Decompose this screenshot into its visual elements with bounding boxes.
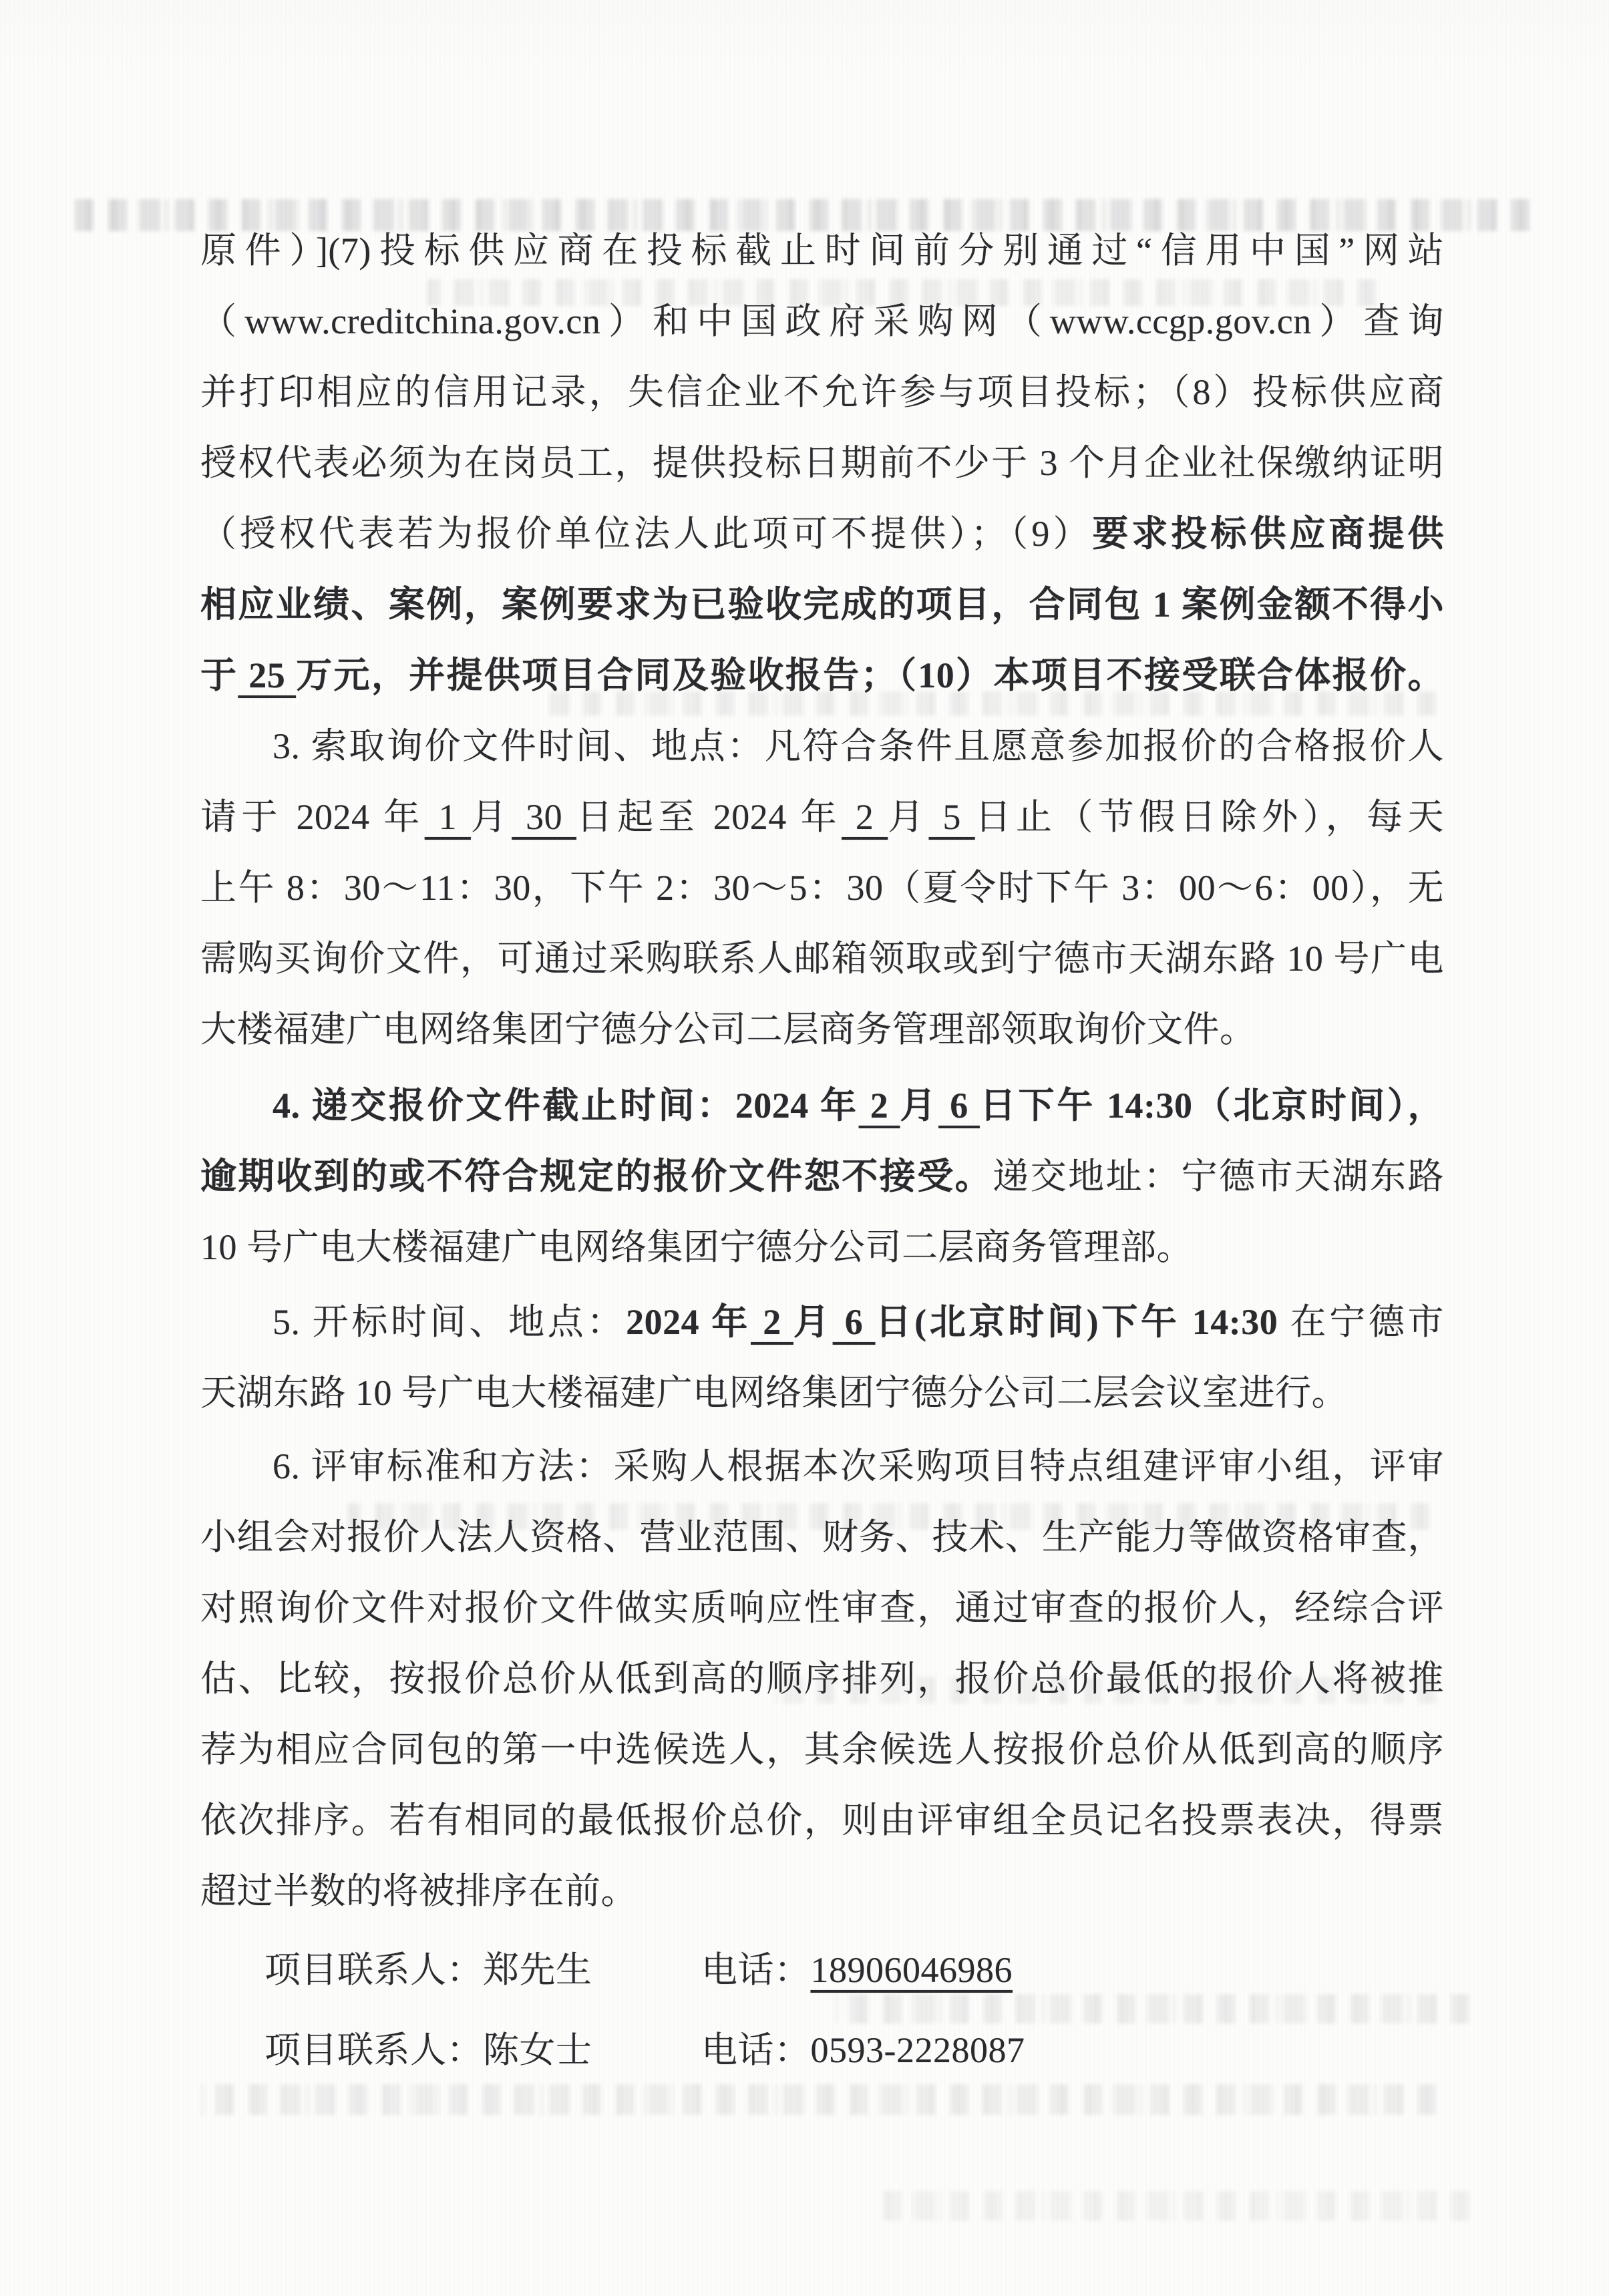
text-run: 1: [425, 797, 471, 837]
text-line-16: 5. 开标时间、地点：2024 年 2 月 6 日(北京时间)下午 14:30 …: [200, 1287, 1444, 1357]
text-run: 并打印相应的信用记录，失信企业不允许参与项目投标；（8）投标供应商: [200, 372, 1444, 412]
text-run: 6: [938, 1086, 980, 1126]
text-run: （www.creditchina.gov.cn）和中国政府采购网（www.ccg…: [200, 301, 1444, 341]
text-run: 25: [238, 655, 296, 695]
text-line-22: 荐为相应合同包的第一中选候选人，其余候选人按报价总价从低到高的顺序: [200, 1714, 1444, 1785]
text-run: 大楼福建广电网络集团宁德分公司二层商务管理部领取询价文件。: [200, 1009, 1256, 1049]
text-run: 上午 8：30～11：30，下午 2：30～5：30（夏令时下午 3：00～6：…: [200, 868, 1444, 908]
text-run: 2: [859, 1086, 900, 1126]
text-run: 需购买询价文件，可通过采购联系人邮箱领取或到宁德市天湖东路 10 号广电: [200, 939, 1444, 979]
text-run: 依次排序。若有相同的最低报价总价，则由评审组全员记名投票表决，得票: [200, 1800, 1444, 1840]
text-run: 5. 开标时间、地点：: [273, 1302, 626, 1342]
text-run: 日起至 2024 年: [576, 797, 842, 837]
text-run: 5: [929, 797, 975, 837]
text-run: 估、比较，按报价总价从低到高的顺序排列，报价总价最低的报价人将被推: [200, 1659, 1444, 1699]
text-line-3: 并打印相应的信用记录，失信企业不允许参与项目投标；（8）投标供应商: [200, 357, 1444, 428]
text-run: 电话：0593-2228087: [592, 2030, 1025, 2070]
text-line-17: 天湖东路 10 号广电大楼福建广电网络集团宁德分公司二层会议室进行。: [200, 1357, 1444, 1428]
text-run: 要求投标供应商提供: [1092, 514, 1444, 554]
text-line-21: 估、比较，按报价总价从低到高的顺序排列，报价总价最低的报价人将被推: [200, 1643, 1444, 1714]
bleedthrough-smudge: [200, 2084, 1436, 2115]
text-run: 6: [833, 1302, 876, 1342]
text-line-8: 3. 索取询价文件时间、地点：凡符合条件且愿意参加报价的合格报价人: [200, 711, 1444, 782]
text-run: 项目联系人：郑先生: [264, 1950, 592, 1990]
text-line-20: 对照询价文件对报价文件做实质响应性审查，通过审查的报价人，经综合评: [200, 1573, 1444, 1643]
bleedthrough-smudge: [868, 2191, 1469, 2221]
text-run: 天湖东路 10 号广电大楼福建广电网络集团宁德分公司二层会议室进行。: [200, 1373, 1348, 1413]
text-line-4: 授权代表必须为在岗员工，提供投标日期前不少于 3 个月企业社保缴纳证明: [200, 428, 1444, 498]
text-run: 超过半数的将被排序在前。: [200, 1871, 637, 1911]
text-line-6: 相应业绩、案例，案例要求为已验收完成的项目，合同包 1 案例金额不得小: [200, 569, 1444, 640]
text-run: 授权代表必须为在岗员工，提供投标日期前不少于 3 个月企业社保缴纳证明: [200, 443, 1444, 483]
text-run: 日下午 14:30（北京时间），: [980, 1086, 1444, 1126]
text-run: 荐为相应合同包的第一中选候选人，其余候选人按报价总价从低到高的顺序: [200, 1730, 1444, 1770]
text-line-1: 原件）](7)投标供应商在投标截止时间前分别通过“信用中国”网站: [200, 215, 1444, 286]
text-line-18: 6. 评审标准和方法：采购人根据本次采购项目特点组建评审小组，评审: [200, 1431, 1444, 1502]
text-run: 电话：: [592, 1950, 811, 1990]
text-run: 日止（节假日除外），每天: [975, 797, 1444, 837]
text-run: 于: [200, 655, 238, 695]
text-line-13: 4. 递交报价文件截止时间：2024 年 2 月 6 日下午 14:30（北京时…: [200, 1070, 1444, 1141]
text-line-15: 10 号广电大楼福建广电网络集团宁德分公司二层商务管理部。: [200, 1212, 1444, 1283]
text-run: 月: [900, 1086, 938, 1126]
text-line-24: 超过半数的将被排序在前。: [200, 1856, 1444, 1927]
text-run: 18906046986: [811, 1950, 1013, 1990]
text-run: 10 号广电大楼福建广电网络集团宁德分公司二层商务管理部。: [200, 1227, 1193, 1267]
text-run: 请于 2024 年: [200, 797, 425, 837]
text-run: 万元，并提供项目合同及验收报告；（10）本项目不接受联合体报价。: [296, 655, 1444, 695]
text-run: 项目联系人：陈女士: [264, 2030, 592, 2070]
text-run: 在宁德市: [1290, 1302, 1444, 1342]
text-line-12: 大楼福建广电网络集团宁德分公司二层商务管理部领取询价文件。: [200, 994, 1444, 1065]
text-run: 3. 索取询价文件时间、地点：凡符合条件且愿意参加报价的合格报价人: [273, 726, 1444, 766]
text-line-25: 项目联系人：郑先生 电话：18906046986: [200, 1935, 1444, 2005]
text-line-26: 项目联系人：陈女士 电话：0593-2228087: [200, 2015, 1444, 2086]
text-line-14: 逾期收到的或不符合规定的报价文件恕不接受。递交地址：宁德市天湖东路: [200, 1141, 1444, 1212]
text-line-19: 小组会对报价人法人资格、营业范围、财务、技术、生产能力等做资格审查，: [200, 1502, 1444, 1573]
text-line-11: 需购买询价文件，可通过采购联系人邮箱领取或到宁德市天湖东路 10 号广电: [200, 923, 1444, 994]
text-run: 月: [793, 1302, 833, 1342]
text-run: 对照询价文件对报价文件做实质响应性审查，通过审查的报价人，经综合评: [200, 1588, 1444, 1628]
text-line-5: （授权代表若为报价单位法人此项可不提供）；（9）要求投标供应商提供: [200, 498, 1444, 569]
text-line-9: 请于 2024 年 1 月 30 日起至 2024 年 2 月 5 日止（节假日…: [200, 782, 1444, 852]
text-run: 递交地址：宁德市天湖东路: [993, 1156, 1444, 1196]
document-text: 原件）](7)投标供应商在投标截止时间前分别通过“信用中国”网站（www.cre…: [200, 215, 1444, 2086]
text-run: 2024 年: [626, 1302, 751, 1342]
text-run: （授权代表若为报价单位法人此项可不提供）；（9）: [200, 514, 1092, 554]
text-run: 2: [842, 797, 888, 837]
text-run: 2: [751, 1302, 793, 1342]
text-run: 日(北京时间)下午 14:30: [875, 1302, 1290, 1342]
text-line-10: 上午 8：30～11：30，下午 2：30～5：30（夏令时下午 3：00～6：…: [200, 852, 1444, 923]
text-run: 小组会对报价人法人资格、营业范围、财务、技术、生产能力等做资格审查，: [200, 1517, 1444, 1557]
text-run: 6. 评审标准和方法：采购人根据本次采购项目特点组建评审小组，评审: [273, 1446, 1444, 1486]
text-run: 4. 递交报价文件截止时间：2024 年: [273, 1086, 859, 1126]
text-line-2: （www.creditchina.gov.cn）和中国政府采购网（www.ccg…: [200, 286, 1444, 357]
text-line-7: 于 25 万元，并提供项目合同及验收报告；（10）本项目不接受联合体报价。: [200, 640, 1444, 711]
text-run: 月: [888, 797, 928, 837]
text-run: 原件）](7)投标供应商在投标截止时间前分别通过“信用中国”网站: [200, 230, 1444, 271]
text-run: 30: [512, 797, 576, 837]
text-run: 逾期收到的或不符合规定的报价文件恕不接受。: [200, 1156, 993, 1196]
text-line-23: 依次排序。若有相同的最低报价总价，则由评审组全员记名投票表决，得票: [200, 1785, 1444, 1856]
text-run: 月: [471, 797, 512, 837]
text-run: 相应业绩、案例，案例要求为已验收完成的项目，合同包 1 案例金额不得小: [200, 585, 1444, 625]
